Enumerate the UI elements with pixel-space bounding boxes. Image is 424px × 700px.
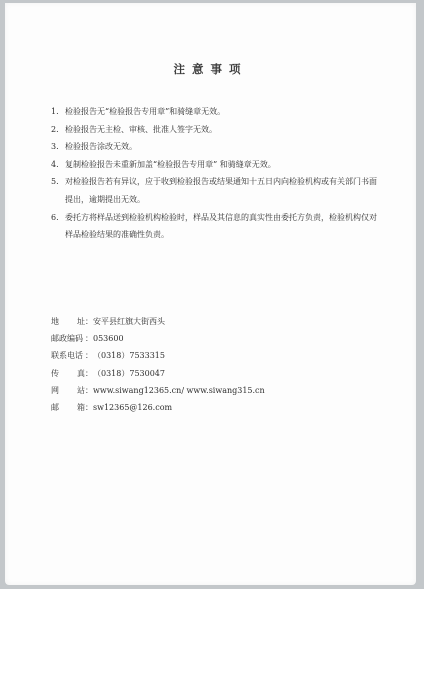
label-part: 站： [77, 382, 93, 399]
notes-list: 1. 检验报告无“检验报告专用章”和骑缝章无效。 2. 检验报告无主检、审核、批… [51, 103, 381, 244]
document-page: 注意事项 1. 检验报告无“检验报告专用章”和骑缝章无效。 2. 检验报告无主检… [5, 3, 416, 585]
contact-address: 地址： 安平县红旗大街西头 [51, 313, 371, 330]
contact-label: 邮政编码： [51, 330, 93, 347]
label-part: 址： [77, 313, 93, 330]
contact-value: 053600 [93, 330, 124, 347]
contact-label: 联系电话： [51, 347, 93, 364]
label-part: ： [85, 347, 93, 364]
contact-value: （0318）7530047 [93, 365, 165, 382]
contact-label: 网站： [51, 382, 93, 399]
scanned-page-frame: 注意事项 1. 检验报告无“检验报告专用章”和骑缝章无效。 2. 检验报告无主检… [0, 0, 424, 589]
label-part: 联系电话 [51, 347, 83, 364]
note-text: 对检验报告若有异议，应于收到检验报告或结果通知十五日内向检验机构或有关部门书面提… [65, 173, 381, 208]
note-number: 3. [51, 138, 65, 156]
contact-website: 网站： www.siwang12365.cn/ www.siwang315.cn [51, 382, 371, 399]
label-part: 邮 [51, 399, 59, 416]
label-part: 地 [51, 313, 59, 330]
label-part: 网 [51, 382, 59, 399]
label-part: 邮政编码 [51, 330, 83, 347]
label-part: ： [85, 330, 93, 347]
note-item: 1. 检验报告无“检验报告专用章”和骑缝章无效。 [51, 103, 381, 121]
note-text: 检验报告无主检、审核、批准人签字无效。 [65, 121, 381, 139]
contact-postcode: 邮政编码： 053600 [51, 330, 371, 347]
note-text: 委托方将样品送到检验机构检验时，样品及其信息的真实性由委托方负责，检验机构仅对样… [65, 209, 381, 244]
contact-label: 地址： [51, 313, 93, 330]
contact-value: （0318）7533315 [93, 347, 165, 364]
page-title: 注意事项 [5, 61, 416, 77]
note-number: 2. [51, 121, 65, 139]
note-item: 3. 检验报告涂改无效。 [51, 138, 381, 156]
note-item: 5. 对检验报告若有异议，应于收到检验报告或结果通知十五日内向检验机构或有关部门… [51, 173, 381, 208]
note-item: 2. 检验报告无主检、审核、批准人签字无效。 [51, 121, 381, 139]
note-number: 4. [51, 156, 65, 174]
contact-info: 地址： 安平县红旗大街西头 邮政编码： 053600 联系电话： （0318）7… [51, 313, 371, 416]
note-item: 6. 委托方将样品送到检验机构检验时，样品及其信息的真实性由委托方负责，检验机构… [51, 209, 381, 244]
note-number: 1. [51, 103, 65, 121]
contact-email: 邮箱： sw12365@126.com [51, 399, 371, 416]
note-number: 6. [51, 209, 65, 244]
label-part: 箱： [77, 399, 93, 416]
contact-label: 传真： [51, 365, 93, 382]
contact-fax: 传真： （0318）7530047 [51, 365, 371, 382]
label-part: 真： [77, 365, 93, 382]
note-item: 4. 复制检验报告未重新加盖“检验报告专用章” 和骑缝章无效。 [51, 156, 381, 174]
contact-label: 邮箱： [51, 399, 93, 416]
note-text: 检验报告涂改无效。 [65, 138, 381, 156]
note-number: 5. [51, 173, 65, 208]
contact-value: sw12365@126.com [93, 399, 172, 416]
label-part: 传 [51, 365, 59, 382]
contact-phone: 联系电话： （0318）7533315 [51, 347, 371, 364]
contact-value: www.siwang12365.cn/ www.siwang315.cn [93, 382, 265, 399]
note-text: 检验报告无“检验报告专用章”和骑缝章无效。 [65, 103, 381, 121]
note-text: 复制检验报告未重新加盖“检验报告专用章” 和骑缝章无效。 [65, 156, 381, 174]
contact-value: 安平县红旗大街西头 [93, 313, 165, 330]
